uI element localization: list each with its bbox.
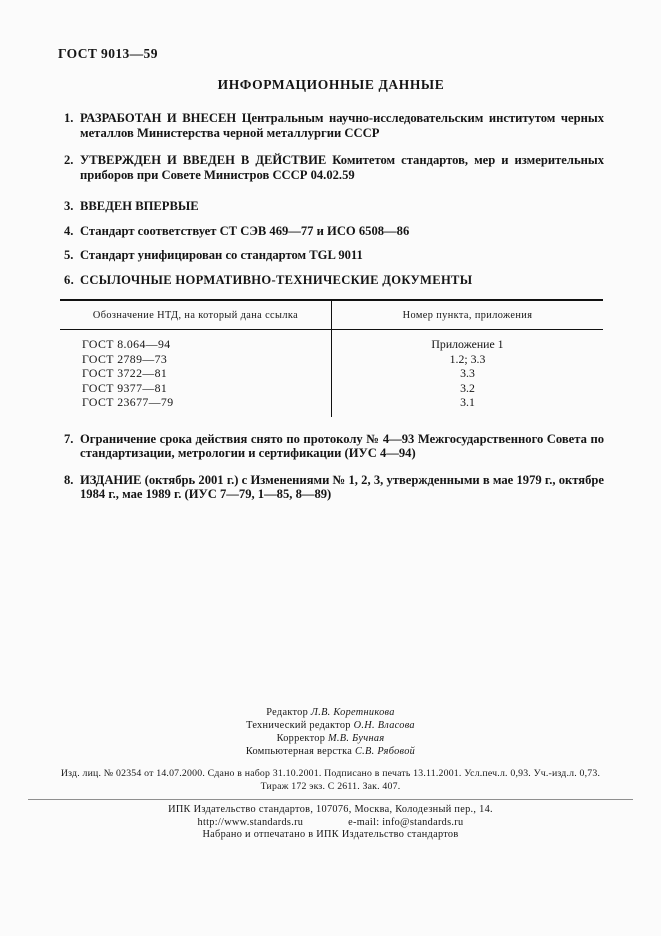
- item-text: Стандарт унифицирован со стандартом TGL …: [80, 248, 604, 263]
- table-header-ntd: Обозначение НТД, на который дана ссылка: [60, 300, 332, 330]
- table-cell-clause: 3.1: [332, 395, 604, 417]
- list-item-1: 1. РАЗРАБОТАН И ВНЕСЕН Центральным научн…: [58, 111, 604, 140]
- credit-technical-editor: Технический редактор О.Н. Власова: [0, 719, 661, 732]
- credit-name: О.Н. Власова: [354, 720, 415, 731]
- table-row: ГОСТ 9377—81 3.2: [60, 381, 603, 396]
- table-cell-clause: 1.2; 3.3: [332, 352, 604, 367]
- item-text: РАЗРАБОТАН И ВНЕСЕН Центральным научно-и…: [80, 111, 604, 140]
- item-number: 4.: [58, 224, 80, 239]
- list-item-2: 2. УТВЕРЖДЕН И ВВЕДЕН В ДЕЙСТВИЕ Комитет…: [58, 153, 604, 182]
- credits-block: Редактор Л.В. Коретникова Технический ре…: [0, 706, 661, 758]
- item-number: 1.: [58, 111, 80, 140]
- list-item-8: 8. ИЗДАНИЕ (октябрь 2001 г.) с Изменения…: [58, 473, 604, 502]
- table-row: ГОСТ 23677—79 3.1: [60, 395, 603, 417]
- table-cell-ref: ГОСТ 9377—81: [60, 381, 332, 396]
- document-page: ГОСТ 9013—59 ИНФОРМАЦИОННЫЕ ДАННЫЕ 1. РА…: [0, 0, 661, 936]
- item-number: 5.: [58, 248, 80, 263]
- item-number: 7.: [58, 432, 80, 461]
- publisher-email: e-mail: info@standards.ru: [348, 817, 463, 829]
- imprint-line-1: Изд. лиц. № 02354 от 14.07.2000. Сдано в…: [0, 768, 661, 781]
- item-text: Ограничение срока действия снято по прот…: [80, 432, 604, 461]
- imprint-line-2: Тираж 172 экз. С 2611. Зак. 407.: [0, 781, 661, 794]
- publisher-printed-note: Набрано и отпечатано в ИПК Издательство …: [0, 829, 661, 841]
- page-title: ИНФОРМАЦИОННЫЕ ДАННЫЕ: [58, 77, 604, 93]
- list-item-5: 5. Стандарт унифицирован со стандартом T…: [58, 248, 604, 263]
- item-text: ССЫЛОЧНЫЕ НОРМАТИВНО-ТЕХНИЧЕСКИЕ ДОКУМЕН…: [80, 273, 604, 288]
- list-item-7: 7. Ограничение срока действия снято по п…: [58, 432, 604, 461]
- list-item-3: 3. ВВЕДЕН ВПЕРВЫЕ: [58, 199, 604, 214]
- publisher-contacts: http://www.standards.ru e-mail: info@sta…: [0, 817, 661, 829]
- footer-divider: [28, 799, 633, 800]
- table-cell-ref: ГОСТ 23677—79: [60, 395, 332, 417]
- item-text: УТВЕРЖДЕН И ВВЕДЕН В ДЕЙСТВИЕ Комитетом …: [80, 153, 604, 182]
- item-number: 8.: [58, 473, 80, 502]
- table-cell-ref: ГОСТ 8.064—94: [60, 330, 332, 352]
- credit-role: Корректор: [277, 733, 326, 744]
- credit-name: Л.В. Коретникова: [311, 707, 395, 718]
- item-text: ИЗДАНИЕ (октябрь 2001 г.) с Изменениями …: [80, 473, 604, 502]
- doc-code: ГОСТ 9013—59: [58, 46, 604, 62]
- table-cell-clause: Приложение 1: [332, 330, 604, 352]
- credit-name: С.В. Рябовой: [355, 746, 415, 757]
- item-text: Стандарт соответствует СТ СЭВ 469—77 и И…: [80, 224, 604, 239]
- item-text: ВВЕДЕН ВПЕРВЫЕ: [80, 199, 604, 214]
- credit-role: Редактор: [266, 707, 308, 718]
- table-cell-clause: 3.2: [332, 381, 604, 396]
- publisher-block: ИПК Издательство стандартов, 107076, Мос…: [0, 804, 661, 841]
- table-cell-clause: 3.3: [332, 366, 604, 381]
- publisher-website: http://www.standards.ru: [198, 817, 304, 829]
- references-table: Обозначение НТД, на который дана ссылка …: [60, 299, 603, 417]
- credit-role: Компьютерная верстка: [246, 746, 352, 757]
- credit-name: М.В. Бучная: [328, 733, 384, 744]
- list-item-6: 6. ССЫЛОЧНЫЕ НОРМАТИВНО-ТЕХНИЧЕСКИЕ ДОКУ…: [58, 273, 604, 288]
- list-item-4: 4. Стандарт соответствует СТ СЭВ 469—77 …: [58, 224, 604, 239]
- table-row: ГОСТ 8.064—94 Приложение 1: [60, 330, 603, 352]
- credit-corrector: Корректор М.В. Бучная: [0, 732, 661, 745]
- table-cell-ref: ГОСТ 3722—81: [60, 366, 332, 381]
- table-row: ГОСТ 3722—81 3.3: [60, 366, 603, 381]
- table-cell-ref: ГОСТ 2789—73: [60, 352, 332, 367]
- item-number: 6.: [58, 273, 80, 288]
- table-header-row: Обозначение НТД, на который дана ссылка …: [60, 300, 603, 330]
- table-header-clause: Номер пункта, приложения: [332, 300, 604, 330]
- page-footer: Редактор Л.В. Коретникова Технический ре…: [0, 706, 661, 841]
- imprint-block: Изд. лиц. № 02354 от 14.07.2000. Сдано в…: [0, 768, 661, 793]
- item-number: 3.: [58, 199, 80, 214]
- credit-editor: Редактор Л.В. Коретникова: [0, 706, 661, 719]
- item-number: 2.: [58, 153, 80, 182]
- credit-role: Технический редактор: [246, 720, 351, 731]
- table-row: ГОСТ 2789—73 1.2; 3.3: [60, 352, 603, 367]
- publisher-address: ИПК Издательство стандартов, 107076, Мос…: [0, 804, 661, 816]
- credit-layout: Компьютерная верстка С.В. Рябовой: [0, 745, 661, 758]
